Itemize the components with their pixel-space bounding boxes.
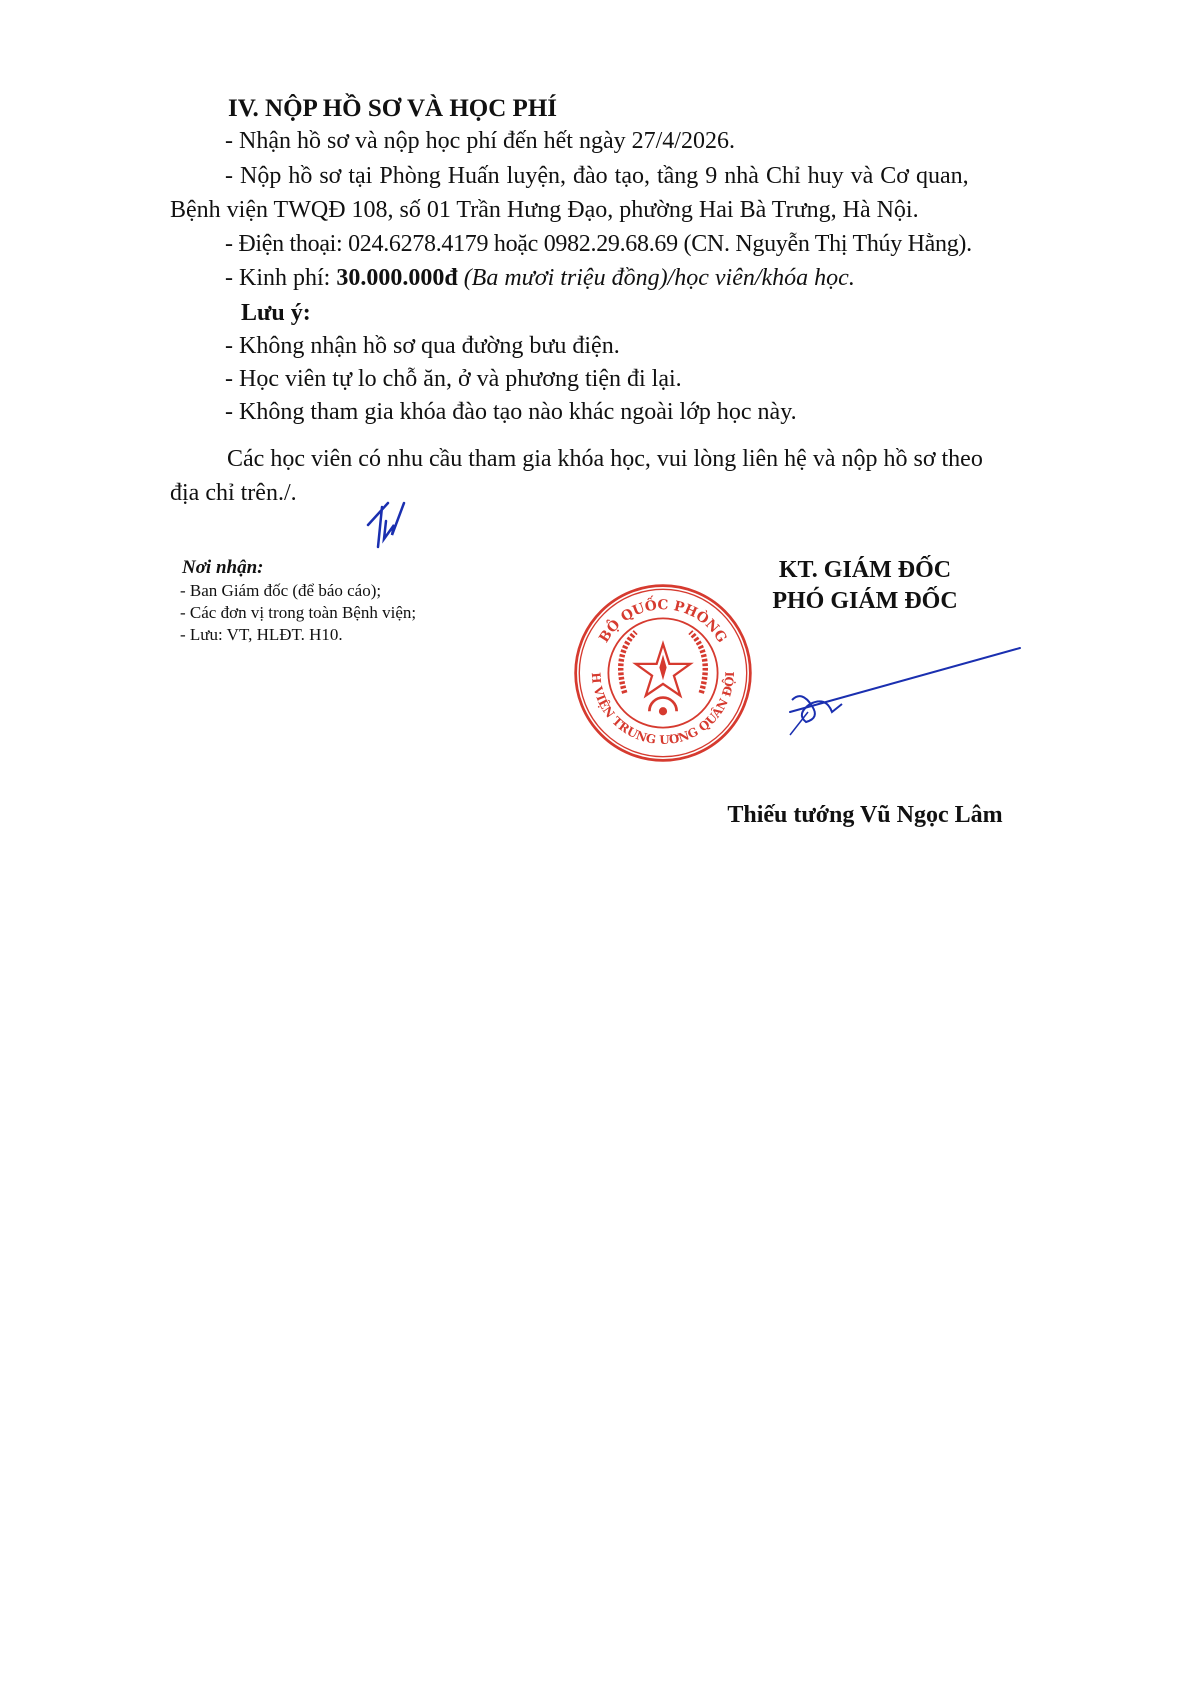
location-item-cont: Bệnh viện TWQĐ 108, số 01 Trần Hưng Đạo,…: [170, 195, 919, 225]
fee-item: - Kinh phí: 30.000.000đ (Ba mươi triệu đ…: [225, 263, 855, 293]
fee-prefix: - Kinh phí:: [225, 265, 336, 291]
recipient-item: - Lưu: VT, HLĐT. H10.: [180, 624, 343, 646]
official-stamp-icon: BỘ QUỐC PHÒNG BỆNH VIỆN TRUNG ƯƠNG QUÂN …: [572, 582, 754, 764]
signature-title-1: KT. GIÁM ĐỐC: [700, 555, 1030, 585]
section-heading: IV. NỘP HỒ SƠ VÀ HỌC PHÍ: [228, 94, 557, 124]
note-item: - Không tham gia khóa đào tạo nào khác n…: [225, 397, 797, 427]
notes-heading: Lưu ý:: [241, 298, 311, 328]
signer-name: Thiếu tướng Vũ Ngọc Lâm: [690, 800, 1040, 830]
note-item: - Học viên tự lo chỗ ăn, ở và phương tiệ…: [225, 364, 682, 394]
closing-line-2: địa chỉ trên./.: [170, 478, 297, 508]
note-item: - Không nhận hồ sơ qua đường bưu điện.: [225, 331, 620, 361]
phone-item: - Điện thoại: 024.6278.4179 hoặc 0982.29…: [225, 229, 972, 259]
fee-amount: 30.000.000đ: [336, 265, 457, 291]
fee-suffix: (Ba mươi triệu đồng)/học viên/khóa học.: [458, 265, 855, 291]
deadline-item: - Nhận hồ sơ và nộp học phí đến hết ngày…: [225, 126, 735, 156]
closing-line-1: Các học viên có nhu cầu tham gia khóa họ…: [227, 444, 983, 474]
recipient-item: - Các đơn vị trong toàn Bệnh viện;: [180, 602, 416, 624]
location-item: - Nộp hồ sơ tại Phòng Huấn luyện, đào tạ…: [225, 161, 969, 191]
recipients-heading: Nơi nhận:: [182, 557, 263, 579]
recipient-item: - Ban Giám đốc (để báo cáo);: [180, 580, 381, 602]
initials-signature-icon: [360, 495, 420, 555]
